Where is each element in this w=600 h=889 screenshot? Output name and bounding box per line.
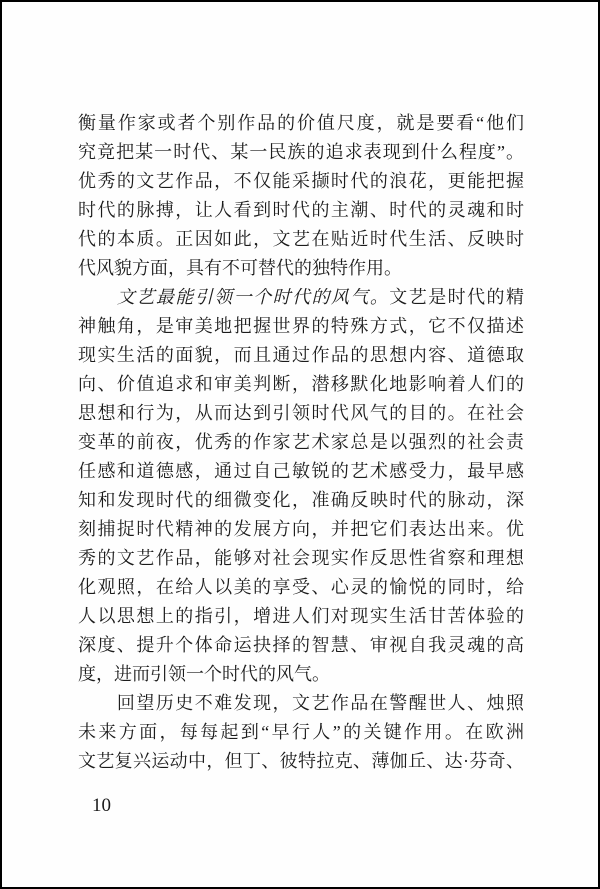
text-line: 神触角，是审美地把握世界的特殊方式，它不仅描述 — [78, 312, 524, 341]
body-text: 时代的脉搏，让人看到时代的主潮、时代的灵魂和时 — [78, 200, 524, 220]
body-text: 优秀的文艺作品，不仅能采撷时代的浪花，更能把握 — [78, 171, 524, 191]
text-line: 时代的脉搏，让人看到时代的主潮、时代的灵魂和时 — [78, 196, 524, 225]
body-text: 秀的文艺作品，能够对社会现实作反思性省察和理想 — [78, 548, 524, 568]
body-text: 文艺复兴运动中，但丁、彼特拉克、薄伽丘、达·芬奇、 — [78, 751, 524, 771]
text-line: 代风貌方面，具有不可替代的独特作用。 — [78, 254, 524, 283]
emphasis-kaiti-text: 文艺最能引领一个时代的风气。 — [78, 287, 389, 307]
body-text: 任感和道德感，通过自己敏锐的艺术感受力，最早感 — [78, 461, 524, 481]
text-block: 衡量作家或者个别作品的价值尺度，就是要看“他们究竟把某一时代、某一民族的追求表现… — [78, 109, 524, 776]
body-text: 化观照，在给人以美的享受、心灵的愉悦的同时，给 — [78, 577, 524, 597]
text-line: 刻捕捉时代精神的发展方向，并把它们表达出来。优 — [78, 515, 524, 544]
body-text: 人以思想上的指引，增进人们对现实生活甘苦体验的 — [78, 606, 524, 626]
body-text: 文艺是时代的精 — [389, 287, 524, 307]
body-text: 代的本质。正因如此，文艺在贴近时代生活、反映时 — [78, 229, 524, 249]
text-line: 现实生活的面貌，而且通过作品的思想内容、道德取 — [78, 341, 524, 370]
body-text: 神触角，是审美地把握世界的特殊方式，它不仅描述 — [78, 316, 524, 336]
text-line: 化观照，在给人以美的享受、心灵的愉悦的同时，给 — [78, 573, 524, 602]
body-text: 深度、提升个体命运抉择的智慧、审视自我灵魂的高 — [78, 635, 524, 655]
text-line: 度，进而引领一个时代的风气。 — [78, 660, 524, 689]
text-line: 回望历史不难发现，文艺作品在警醒世人、烛照 — [78, 689, 524, 718]
text-line: 衡量作家或者个别作品的价值尺度，就是要看“他们 — [78, 109, 524, 138]
text-line: 究竟把某一时代、某一民族的追求表现到什么程度”。 — [78, 138, 524, 167]
text-line: 思想和行为，从而达到引领时代风气的目的。在社会 — [78, 399, 524, 428]
text-line: 文艺复兴运动中，但丁、彼特拉克、薄伽丘、达·芬奇、 — [78, 747, 524, 776]
page-number: 10 — [92, 794, 111, 818]
text-line: 任感和道德感，通过自己敏锐的艺术感受力，最早感 — [78, 457, 524, 486]
body-text: 度，进而引领一个时代的风气。 — [78, 664, 330, 684]
body-text: 现实生活的面貌，而且通过作品的思想内容、道德取 — [78, 345, 524, 365]
text-line: 未来方面，每每起到“早行人”的关键作用。在欧洲 — [78, 718, 524, 747]
body-text: 刻捕捉时代精神的发展方向，并把它们表达出来。优 — [78, 519, 524, 539]
body-text: 知和发现时代的细微变化，准确反映时代的脉动，深 — [78, 490, 524, 510]
body-text: 思想和行为，从而达到引领时代风气的目的。在社会 — [78, 403, 524, 423]
text-line: 向、价值追求和审美判断，潜移默化地影响着人们的 — [78, 370, 524, 399]
body-text: 代风貌方面，具有不可替代的独特作用。 — [78, 258, 402, 278]
text-line: 优秀的文艺作品，不仅能采撷时代的浪花，更能把握 — [78, 167, 524, 196]
text-line: 文艺最能引领一个时代的风气。文艺是时代的精 — [78, 283, 524, 312]
text-line: 变革的前夜，优秀的作家艺术家总是以强烈的社会责 — [78, 428, 524, 457]
text-line: 代的本质。正因如此，文艺在贴近时代生活、反映时 — [78, 225, 524, 254]
text-line: 人以思想上的指引，增进人们对现实生活甘苦体验的 — [78, 602, 524, 631]
text-line: 秀的文艺作品，能够对社会现实作反思性省察和理想 — [78, 544, 524, 573]
book-page: 衡量作家或者个别作品的价值尺度，就是要看“他们究竟把某一时代、某一民族的追求表现… — [0, 0, 600, 889]
body-text: 变革的前夜，优秀的作家艺术家总是以强烈的社会责 — [78, 432, 524, 452]
body-text: 衡量作家或者个别作品的价值尺度，就是要看“他们 — [78, 113, 524, 133]
text-line: 深度、提升个体命运抉择的智慧、审视自我灵魂的高 — [78, 631, 524, 660]
body-text: 回望历史不难发现，文艺作品在警醒世人、烛照 — [78, 693, 524, 713]
body-text: 究竟把某一时代、某一民族的追求表现到什么程度”。 — [78, 142, 524, 162]
body-text: 向、价值追求和审美判断，潜移默化地影响着人们的 — [78, 374, 524, 394]
text-line: 知和发现时代的细微变化，准确反映时代的脉动，深 — [78, 486, 524, 515]
body-text: 未来方面，每每起到“早行人”的关键作用。在欧洲 — [78, 722, 524, 742]
